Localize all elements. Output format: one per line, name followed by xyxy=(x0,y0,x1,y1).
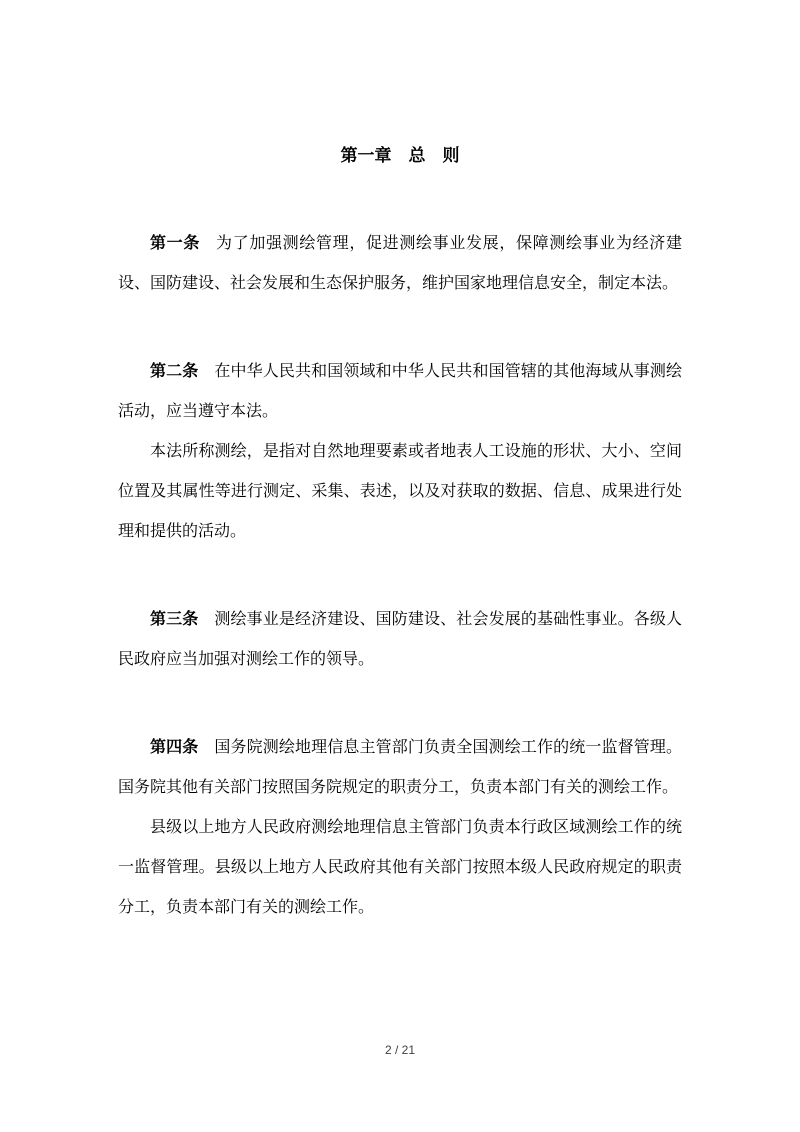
body-paragraph: 第三条测绘事业是经济建设、国防建设、社会发展的基础性事业。各级人民政府应当加强对… xyxy=(118,600,682,680)
body-paragraph: 本法所称测绘，是指对自然地理要素或者地表人工设施的形状、大小、空间位置及其属性等… xyxy=(118,432,682,552)
document-page: 第一章 总 则 第一条为了加强测绘管理，促进测绘事业发展，保障测绘事业为经济建设… xyxy=(0,0,800,1132)
article-1-label: 第一条 xyxy=(150,235,200,252)
article-4-text: 国务院测绘地理信息主管部门负责全国测绘工作的统一监督管理。国务院其他有关部门按照… xyxy=(118,739,682,796)
article-4-label: 第四条 xyxy=(150,739,198,756)
body-paragraph: 第四条国务院测绘地理信息主管部门负责全国测绘工作的统一监督管理。国务院其他有关部… xyxy=(118,728,682,808)
article-3-text: 测绘事业是经济建设、国防建设、社会发展的基础性事业。各级人民政府应当加强对测绘工… xyxy=(118,611,682,668)
page-number: 2 / 21 xyxy=(0,1040,800,1060)
article-2-definition-text: 本法所称测绘，是指对自然地理要素或者地表人工设施的形状、大小、空间位置及其属性等… xyxy=(118,443,682,540)
body-paragraph: 县级以上地方人民政府测绘地理信息主管部门负责本行政区域测绘工作的统一监督管理。县… xyxy=(118,808,682,928)
article-1-text: 为了加强测绘管理，促进测绘事业发展，保障测绘事业为经济建设、国防建设、社会发展和… xyxy=(118,235,682,292)
article-2-label: 第二条 xyxy=(150,363,198,380)
article-3-label: 第三条 xyxy=(150,611,198,628)
article-4-local-gov-text: 县级以上地方人民政府测绘地理信息主管部门负责本行政区域测绘工作的统一监督管理。县… xyxy=(118,819,682,916)
body-paragraph: 第一条为了加强测绘管理，促进测绘事业发展，保障测绘事业为经济建设、国防建设、社会… xyxy=(118,224,682,304)
body-paragraph: 第二条在中华人民共和国领域和中华人民共和国管辖的其他海域从事测绘活动，应当遵守本… xyxy=(118,352,682,432)
article-2-text: 在中华人民共和国领域和中华人民共和国管辖的其他海域从事测绘活动，应当遵守本法。 xyxy=(118,363,682,420)
chapter-title: 第一章 总 则 xyxy=(118,136,682,176)
page-content: 第一章 总 则 第一条为了加强测绘管理，促进测绘事业发展，保障测绘事业为经济建设… xyxy=(0,0,800,928)
